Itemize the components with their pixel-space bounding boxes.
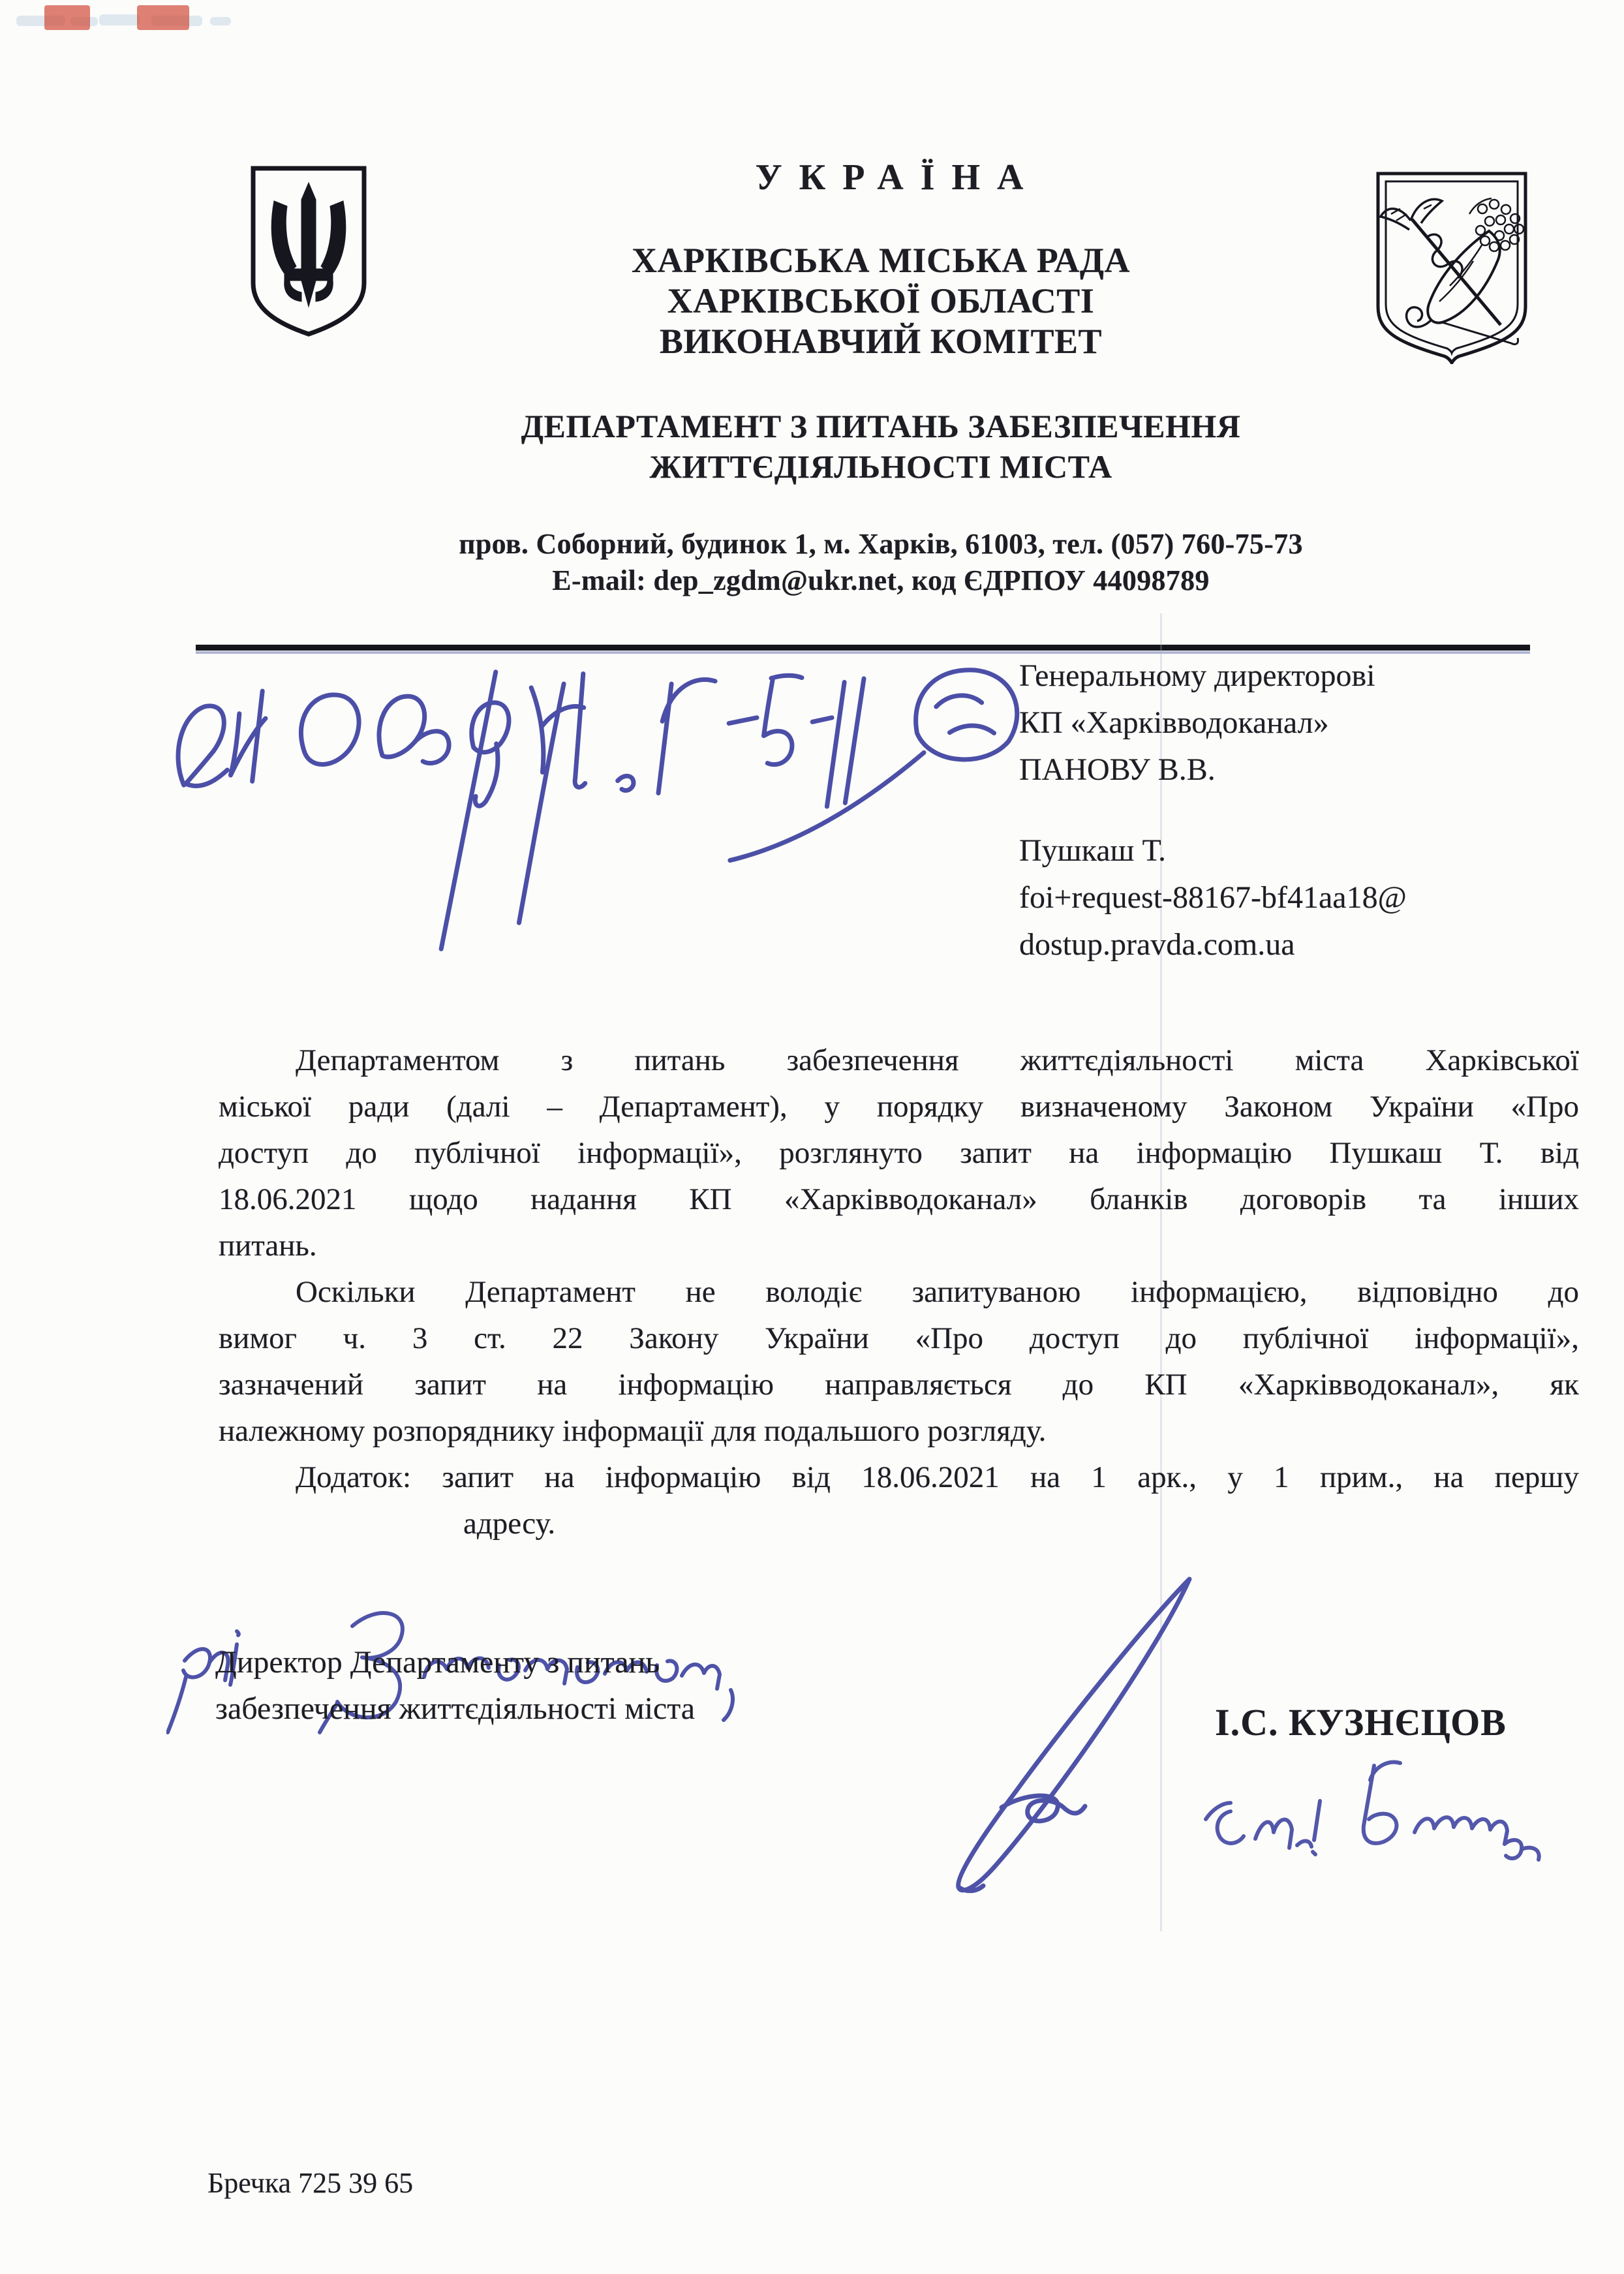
email-line: E-mail: dep_zgdm@ukr.net, код ЄДРПОУ 440… [202,564,1559,597]
director-signature [904,1571,1214,1901]
body-line: Оскільки Департамент не володіє запитува… [219,1269,1579,1315]
body-line: доступ до публічної інформації», розглян… [219,1130,1579,1176]
department-line: ДЕПАРТАМЕНТ З ПИТАНЬ ЗАБЕЗПЕЧЕННЯ [202,406,1559,446]
body-line: зазначений запит на інформацію направляє… [219,1362,1579,1408]
executor-contact: Бречка 725 39 65 [207,2166,413,2200]
paragraph-1: Департаментом з питань забезпечення житт… [219,1037,1579,1269]
department-title: ДЕПАРТАМЕНТ З ПИТАНЬ ЗАБЕЗПЕЧЕННЯ ЖИТТЄД… [202,406,1559,487]
country-title: УКРАЇНА [202,157,1576,198]
handwritten-registration-note [165,639,1039,1020]
director-name: І.С. КУЗНЄЦОВ [1215,1700,1507,1744]
requester-name: Пушкаш Т. [1019,827,1580,874]
council-line: ХАРКІВСЬКОЇ ОБЛАСТІ [202,281,1559,321]
director-title-line: Директор Департаменту з питань [215,1639,695,1685]
scanned-letter-page: УКРАЇНА ХАРКІВСЬКА МІСЬКА РАДА ХАРКІВСЬК… [0,0,1624,2274]
body-line: 18.06.2021 щодо надання КП «Харківводока… [219,1176,1579,1223]
addendum-line: адресу. [463,1501,1579,1547]
red-mark-2 [137,5,189,30]
address-line: пров. Соборний, будинок 1, м. Харків, 61… [202,527,1559,561]
recipient-line: Генеральному директорові [1019,653,1580,699]
director-title-line: забезпечення життєдіяльності міста [215,1685,695,1732]
body-line: питань. [219,1223,1579,1269]
requester-block: Пушкаш Т. foi+request-88167-bf41aa18@ do… [1019,827,1580,968]
council-title: ХАРКІВСЬКА МІСЬКА РАДА ХАРКІВСЬКОЇ ОБЛАС… [202,240,1559,361]
recipient-block: Генеральному директорові КП «Харківводок… [1019,653,1580,793]
body-line: належному розпоряднику інформації для по… [219,1408,1579,1454]
body-line: міської ради (далі – Департамент), у пор… [219,1084,1579,1130]
requester-email-line1: foi+request-88167-bf41aa18@ [1019,874,1580,921]
recipient-line: КП «Харківводоканал» [1019,699,1580,746]
paragraph-2: Оскільки Департамент не володіє запитува… [219,1269,1579,1454]
handwritten-secondary-note [1199,1741,1591,1937]
scan-smudge [210,17,231,25]
recipient-line: ПАНОВУ В.В. [1019,746,1580,793]
council-line: ВИКОНАВЧИЙ КОМІТЕТ [202,321,1559,361]
addendum-line: Додаток: запит на інформацію від 18.06.2… [219,1454,1579,1501]
council-line: ХАРКІВСЬКА МІСЬКА РАДА [202,240,1559,281]
body-line: вимог ч. 3 ст. 22 Закону України «Про до… [219,1315,1579,1362]
requester-email-line2: dostup.pravda.com.ua [1019,921,1580,968]
department-line: ЖИТТЄДІЯЛЬНОСТІ МІСТА [202,446,1559,487]
red-mark-1 [44,5,90,30]
addendum: Додаток: запит на інформацію від 18.06.2… [219,1454,1579,1547]
scan-smudge [99,14,140,25]
body-line: Департаментом з питань забезпечення житт… [219,1037,1579,1084]
director-title: Директор Департаменту з питань забезпече… [215,1639,695,1732]
